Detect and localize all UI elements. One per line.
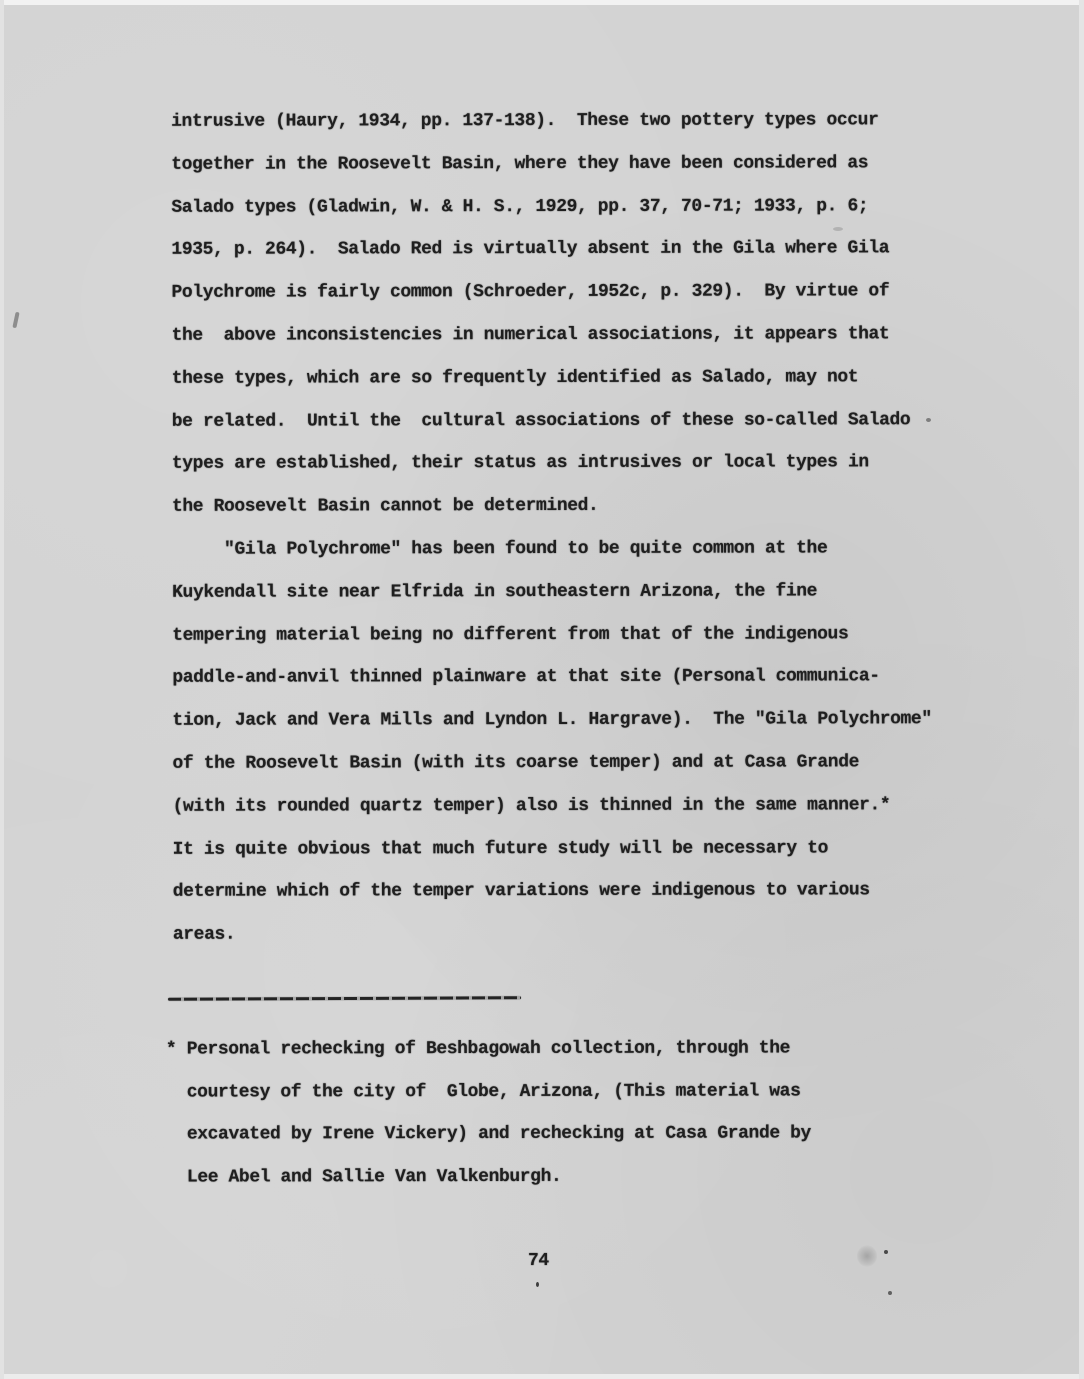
- text-line: intrusive (Haury, 1934, pp. 137-138). Th…: [171, 99, 930, 143]
- text-line: areas.: [173, 912, 932, 956]
- scan-speck: [888, 1291, 892, 1295]
- text-line: the Roosevelt Basin cannot be determined…: [172, 484, 931, 528]
- scan-speck: [833, 227, 843, 231]
- scan-speck: [884, 1250, 888, 1254]
- text-line: determine which of the temper variations…: [173, 870, 932, 914]
- text-line: Kuykendall site near Elfrida in southeas…: [172, 570, 931, 614]
- footnote-line: courtesy of the city of Globe, Arizona, …: [166, 1070, 811, 1114]
- text-line: (with its rounded quartz temper) also is…: [173, 784, 932, 828]
- text-line: these types, which are so frequently ide…: [172, 356, 931, 400]
- footnote-line: excavated by Irene Vickery) and rechecki…: [166, 1112, 811, 1156]
- scan-speck: [536, 1282, 539, 1287]
- footnote-line: * Personal rechecking of Beshbagowah col…: [166, 1027, 811, 1071]
- text-line: It is quite obvious that much future stu…: [173, 827, 932, 871]
- body-text-block: intrusive (Haury, 1934, pp. 137-138). Th…: [171, 99, 932, 957]
- text-line: paddle-and-anvil thinned plainware at th…: [172, 656, 931, 700]
- scan-edge-bottom: [0, 1374, 1084, 1379]
- scanned-document-page: intrusive (Haury, 1934, pp. 137-138). Th…: [0, 0, 1084, 1379]
- text-line: tempering material being no different fr…: [172, 613, 931, 657]
- text-line: of the Roosevelt Basin (with its coarse …: [172, 741, 931, 785]
- scan-edge-left: [0, 0, 4, 1379]
- footnote-line: Lee Abel and Sallie Van Valkenburgh.: [166, 1155, 811, 1199]
- text-line: 1935, p. 264). Salado Red is virtually a…: [171, 228, 930, 272]
- scan-edge-top: [0, 0, 1084, 5]
- text-line paragraph-start: "Gila Polychrome" has been found to be q…: [172, 527, 931, 571]
- text-line: types are established, their status as i…: [172, 442, 931, 486]
- text-line: Polychrome is fairly common (Schroeder, …: [171, 270, 930, 314]
- scan-mark: [12, 312, 19, 328]
- text-line: be related. Until the cultural associati…: [172, 399, 931, 443]
- text-line: the above inconsistencies in numerical a…: [172, 313, 931, 357]
- footnote-divider-rule: [168, 996, 521, 1001]
- scan-edge-right: [1079, 0, 1084, 1379]
- text-line: together in the Roosevelt Basin, where t…: [171, 142, 930, 186]
- scan-speck: [926, 418, 931, 422]
- text-line: tion, Jack and Vera Mills and Lyndon L. …: [172, 698, 931, 742]
- scan-smudge: [857, 1245, 877, 1267]
- page-number: 74: [528, 1240, 549, 1283]
- text-line: Salado types (Gladwin, W. & H. S., 1929,…: [171, 185, 930, 229]
- footnote-block: * Personal rechecking of Beshbagowah col…: [166, 1027, 811, 1198]
